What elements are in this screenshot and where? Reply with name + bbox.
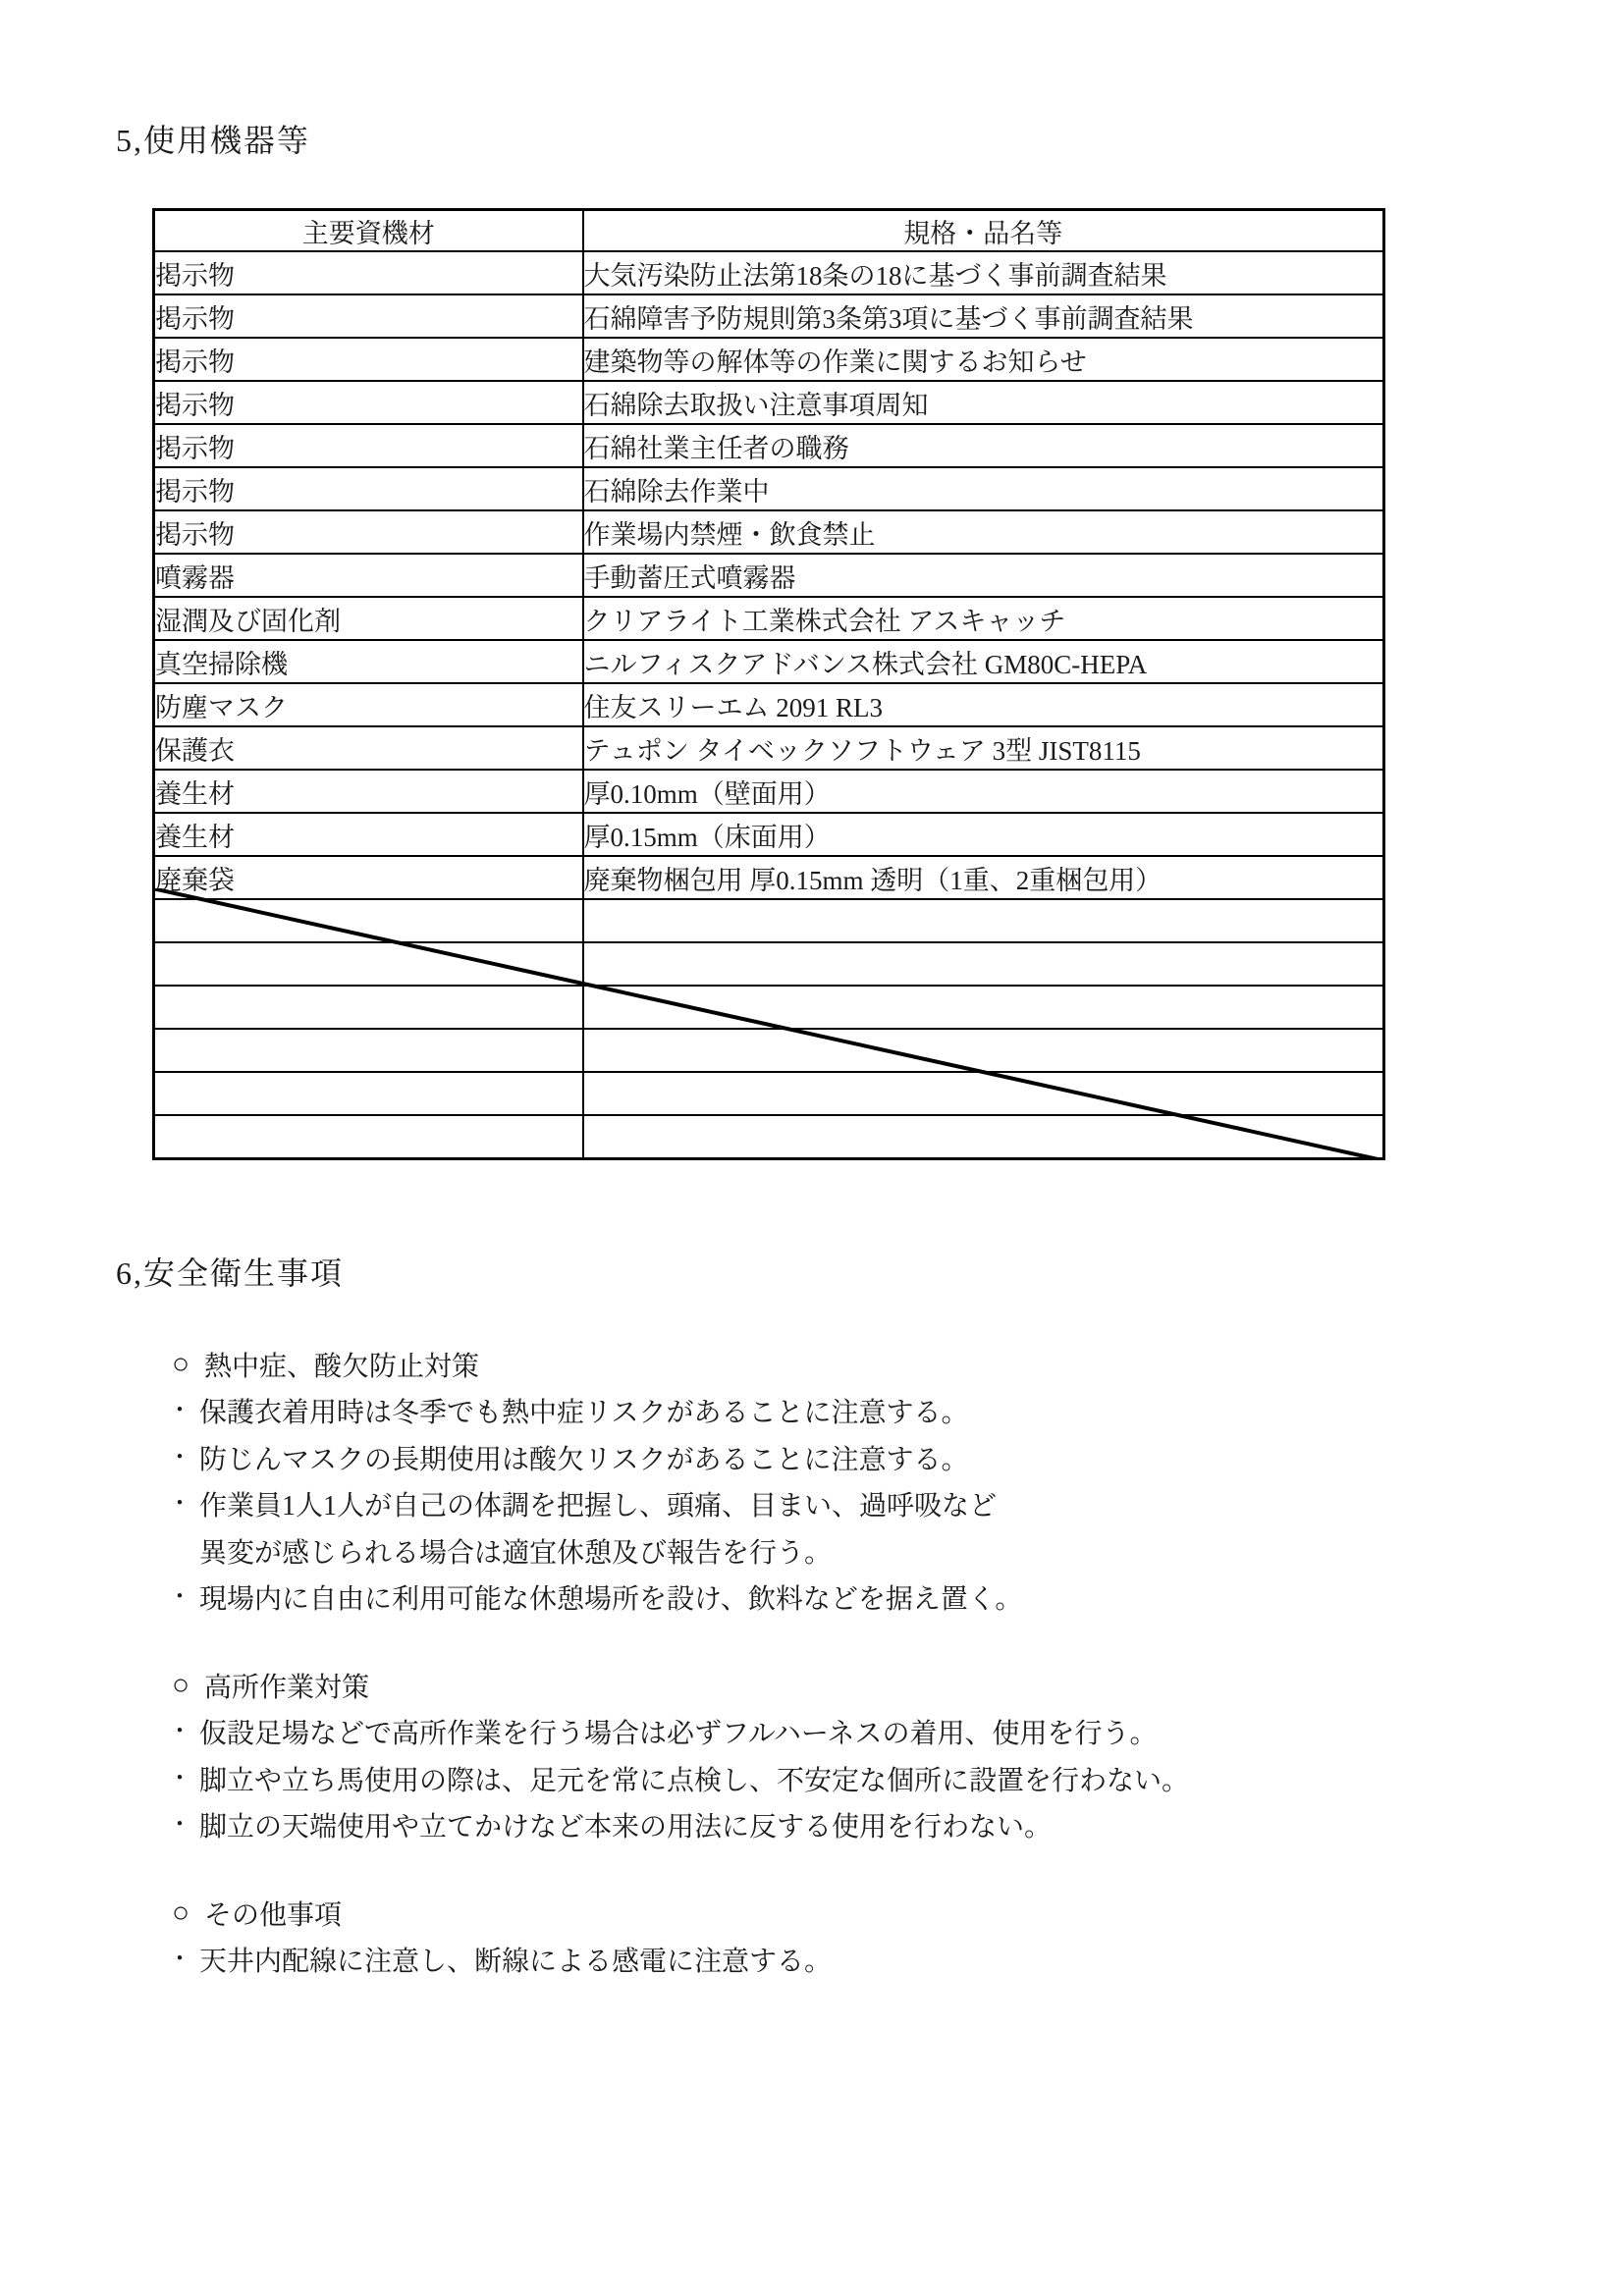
column-header-item: 主要資機材 xyxy=(154,210,583,252)
circle-marker: ○ xyxy=(157,1898,204,1928)
safety-item-line: ・作業員1人1人が自己の体調を把握し、頭痛、目まい、過呼吸など xyxy=(0,1481,1623,1528)
table-row: 掲示物作業場内禁煙・飲食禁止 xyxy=(154,510,1384,554)
cell-item: 養生材 xyxy=(154,813,583,856)
table-row: 掲示物建築物等の解体等の作業に関するお知らせ xyxy=(154,338,1384,381)
safety-item-text: 仮設足場などで高所作業を行う場合は必ずフルハーネスの着用、使用を行う。 xyxy=(199,1712,1158,1751)
table-row: 養生材厚0.15mm（床面用） xyxy=(154,813,1384,856)
safety-item-text: 脚立の天端使用や立てかけなど本来の用法に反する使用を行わない。 xyxy=(199,1805,1052,1844)
safety-item-text: 保護衣着用時は冬季でも熱中症リスクがあることに注意する。 xyxy=(199,1391,968,1430)
cell-spec: 厚0.10mm（壁面用） xyxy=(583,770,1384,813)
cell-item: 掲示物 xyxy=(154,294,583,338)
dot-marker: ・ xyxy=(160,1767,199,1790)
table-empty-row xyxy=(154,899,1384,942)
cell-spec: 建築物等の解体等の作業に関するお知らせ xyxy=(583,338,1384,381)
cell-item-empty xyxy=(154,1115,583,1159)
table-empty-row xyxy=(154,942,1384,986)
safety-section-title-line: ○熱中症、酸欠防止対策 xyxy=(0,1341,1623,1388)
section-6-heading: 6,安全衛生事項 xyxy=(116,1249,344,1294)
cell-spec: 住友スリーエム 2091 RL3 xyxy=(583,683,1384,726)
safety-item-line: 異変が感じられる場合は適宜休憩及び報告を行う。 xyxy=(0,1527,1623,1575)
cell-item: 掲示物 xyxy=(154,510,583,554)
safety-item-text: 異変が感じられる場合は適宜休憩及び報告を行う。 xyxy=(199,1531,832,1571)
circle-marker: ○ xyxy=(157,1350,204,1379)
cell-item-empty xyxy=(154,1029,583,1072)
cell-spec: 作業場内禁煙・飲食禁止 xyxy=(583,510,1384,554)
table-empty-row xyxy=(154,986,1384,1029)
cell-spec-empty xyxy=(583,1072,1384,1115)
table-empty-row xyxy=(154,1029,1384,1072)
safety-section: ○高所作業対策・仮設足場などで高所作業を行う場合は必ずフルハーネスの着用、使用を… xyxy=(0,1662,1623,1848)
table-row: 保護衣テュポン タイベックソフトウェア 3型 JIST8115 xyxy=(154,726,1384,770)
safety-item-line: ・防じんマスクの長期使用は酸欠リスクがあることに注意する。 xyxy=(0,1434,1623,1481)
table-row: 掲示物石綿障害予防規則第3条第3項に基づく事前調査結果 xyxy=(154,294,1384,338)
table-row: 掲示物石綿除去作業中 xyxy=(154,467,1384,510)
table-row: 廃棄袋廃棄物梱包用 厚0.15mm 透明（1重、2重梱包用） xyxy=(154,856,1384,899)
safety-section-title-line: ○その他事項 xyxy=(0,1890,1623,1937)
table-empty-row xyxy=(154,1115,1384,1159)
safety-section: ○熱中症、酸欠防止対策・保護衣着用時は冬季でも熱中症リスクがあることに注意する。… xyxy=(0,1341,1623,1621)
safety-item-line: ・天井内配線に注意し、断線による感電に注意する。 xyxy=(0,1937,1623,1984)
cell-item: 湿潤及び固化剤 xyxy=(154,597,583,640)
table-row: 防塵マスク住友スリーエム 2091 RL3 xyxy=(154,683,1384,726)
cell-spec-empty xyxy=(583,986,1384,1029)
table-row: 湿潤及び固化剤クリアライト工業株式会社 アスキャッチ xyxy=(154,597,1384,640)
dot-marker: ・ xyxy=(160,1720,199,1743)
dot-marker: ・ xyxy=(160,1399,199,1422)
equipment-table: 主要資機材 規格・品名等 掲示物大気汚染防止法第18条の18に基づく事前調査結果… xyxy=(152,208,1385,1160)
cell-item: 真空掃除機 xyxy=(154,640,583,683)
cell-spec: 大気汚染防止法第18条の18に基づく事前調査結果 xyxy=(583,251,1384,294)
document-page: 5,使用機器等 主要資機材 規格・品名等 掲示物大気汚染防止法第18条の18に基… xyxy=(0,0,1623,2296)
safety-item-line: ・現場内に自由に利用可能な休憩場所を設け、飲料などを据え置く。 xyxy=(0,1575,1623,1622)
cell-item: 掲示物 xyxy=(154,251,583,294)
cell-spec-empty xyxy=(583,1115,1384,1159)
table-row: 掲示物石綿社業主任者の職務 xyxy=(154,424,1384,467)
dot-marker: ・ xyxy=(160,1446,199,1469)
cell-item: 掲示物 xyxy=(154,381,583,424)
cell-item: 保護衣 xyxy=(154,726,583,770)
safety-section: ○その他事項・天井内配線に注意し、断線による感電に注意する。 xyxy=(0,1890,1623,1983)
cell-spec: 厚0.15mm（床面用） xyxy=(583,813,1384,856)
cell-item-empty xyxy=(154,899,583,942)
safety-item-line: ・脚立の天端使用や立てかけなど本来の用法に反する使用を行わない。 xyxy=(0,1802,1623,1849)
cell-item-empty xyxy=(154,942,583,986)
cell-spec: テュポン タイベックソフトウェア 3型 JIST8115 xyxy=(583,726,1384,770)
cell-item: 噴霧器 xyxy=(154,554,583,597)
safety-item-text: 現場内に自由に利用可能な休憩場所を設け、飲料などを据え置く。 xyxy=(199,1577,1022,1617)
column-header-spec: 規格・品名等 xyxy=(583,210,1384,252)
table-header-row: 主要資機材 規格・品名等 xyxy=(154,210,1384,252)
table-empty-row xyxy=(154,1072,1384,1115)
section-5-heading: 5,使用機器等 xyxy=(116,116,310,161)
cell-item: 養生材 xyxy=(154,770,583,813)
cell-spec: 石綿除去作業中 xyxy=(583,467,1384,510)
cell-spec: 石綿社業主任者の職務 xyxy=(583,424,1384,467)
cell-item-empty xyxy=(154,1072,583,1115)
cell-spec: ニルフィスクアドバンス株式会社 GM80C-HEPA xyxy=(583,640,1384,683)
safety-item-text: 脚立や立ち馬使用の際は、足元を常に点検し、不安定な個所に設置を行わない。 xyxy=(199,1759,1189,1798)
cell-spec-empty xyxy=(583,899,1384,942)
safety-section-title: 高所作業対策 xyxy=(204,1666,369,1705)
table-row: 真空掃除機ニルフィスクアドバンス株式会社 GM80C-HEPA xyxy=(154,640,1384,683)
cell-spec: 廃棄物梱包用 厚0.15mm 透明（1重、2重梱包用） xyxy=(583,856,1384,899)
safety-item-line: ・仮設足場などで高所作業を行う場合は必ずフルハーネスの着用、使用を行う。 xyxy=(0,1709,1623,1756)
cell-spec-empty xyxy=(583,942,1384,986)
cell-spec: クリアライト工業株式会社 アスキャッチ xyxy=(583,597,1384,640)
table-row: 掲示物大気汚染防止法第18条の18に基づく事前調査結果 xyxy=(154,251,1384,294)
cell-spec: 手動蓄圧式噴霧器 xyxy=(583,554,1384,597)
cell-item: 掲示物 xyxy=(154,424,583,467)
cell-item: 掲示物 xyxy=(154,467,583,510)
equipment-table-wrap: 主要資機材 規格・品名等 掲示物大気汚染防止法第18条の18に基づく事前調査結果… xyxy=(152,208,1382,1160)
dot-marker: ・ xyxy=(160,1585,199,1609)
dot-marker: ・ xyxy=(160,1813,199,1837)
safety-item-text: 天井内配線に注意し、断線による感電に注意する。 xyxy=(199,1940,832,1979)
cell-item: 掲示物 xyxy=(154,338,583,381)
circle-marker: ○ xyxy=(157,1671,204,1700)
cell-spec: 石綿障害予防規則第3条第3項に基づく事前調査結果 xyxy=(583,294,1384,338)
table-row: 養生材厚0.10mm（壁面用） xyxy=(154,770,1384,813)
cell-spec: 石綿除去取扱い注意事項周知 xyxy=(583,381,1384,424)
safety-item-line: ・保護衣着用時は冬季でも熱中症リスクがあることに注意する。 xyxy=(0,1388,1623,1435)
table-row: 噴霧器手動蓄圧式噴霧器 xyxy=(154,554,1384,597)
safety-section-list: ○熱中症、酸欠防止対策・保護衣着用時は冬季でも熱中症リスクがあることに注意する。… xyxy=(0,1341,1623,2024)
cell-spec-empty xyxy=(583,1029,1384,1072)
safety-item-text: 作業員1人1人が自己の体調を把握し、頭痛、目まい、過呼吸など xyxy=(199,1484,997,1523)
dot-marker: ・ xyxy=(160,1948,199,1971)
cell-item-empty xyxy=(154,986,583,1029)
dot-marker: ・ xyxy=(160,1492,199,1516)
safety-section-title: その他事項 xyxy=(204,1894,342,1933)
cell-item: 廃棄袋 xyxy=(154,856,583,899)
cell-item: 防塵マスク xyxy=(154,683,583,726)
safety-section-title: 熱中症、酸欠防止対策 xyxy=(204,1345,479,1384)
safety-item-text: 防じんマスクの長期使用は酸欠リスクがあることに注意する。 xyxy=(199,1438,968,1477)
safety-section-title-line: ○高所作業対策 xyxy=(0,1662,1623,1709)
safety-item-line: ・脚立や立ち馬使用の際は、足元を常に点検し、不安定な個所に設置を行わない。 xyxy=(0,1755,1623,1802)
table-row: 掲示物石綿除去取扱い注意事項周知 xyxy=(154,381,1384,424)
